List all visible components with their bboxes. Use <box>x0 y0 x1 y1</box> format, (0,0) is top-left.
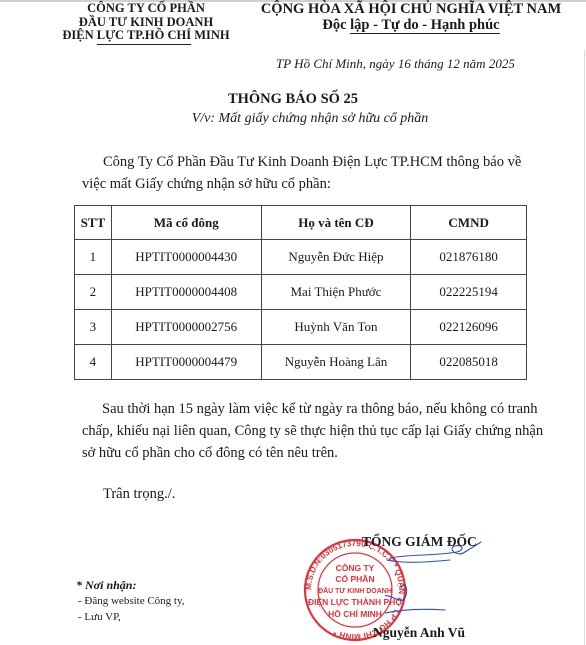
page-right-border <box>584 50 585 645</box>
cell-full-name: Nguyễn Hoàng Lân <box>261 345 411 380</box>
motto-underlined: lập - Tự do - Hạnh phúc <box>350 17 499 34</box>
svg-text:ĐẦU TƯ KINH DOANH: ĐẦU TƯ KINH DOANH <box>318 585 392 595</box>
table-row: 4HPTIT0000004479Nguyễn Hoàng Lân02208501… <box>75 345 527 380</box>
cell-stt: 4 <box>75 345 112 380</box>
recipients-block: * Nơi nhận: - Đăng website Công ty, - Lư… <box>74 577 185 625</box>
cell-shareholder-code: HPTIT0000002756 <box>111 310 261 345</box>
company-line-2: ĐẦU TƯ KINH DOANH <box>62 16 230 30</box>
closing-text: Trân trọng./. <box>103 486 175 503</box>
col-header-full-name: Họ và tên CĐ <box>261 206 411 240</box>
document-subject: V/v: Mất giấy chứng nhận sở hữu cổ phần <box>0 111 586 127</box>
date-line: TP Hồ Chí Minh, ngày 16 tháng 12 năm 202… <box>276 56 515 72</box>
cell-shareholder-code: HPTIT0000004479 <box>111 345 261 380</box>
svg-text:CÔNG TY: CÔNG TY <box>336 562 375 573</box>
intro-paragraph: Công Ty Cổ Phần Đầu Tư Kinh Doanh Điện L… <box>82 151 542 195</box>
table-row: 2HPTIT0000004408Mai Thiện Phước022225194 <box>75 275 527 310</box>
company-line-3-underlined: LỰC TP.HỒ CHÍ <box>97 29 191 45</box>
recipient-item: - Đăng website Công ty, <box>78 593 185 609</box>
cell-stt: 2 <box>75 275 112 310</box>
cell-stt: 3 <box>75 310 112 345</box>
cell-id-number: 022126096 <box>411 310 527 345</box>
intro-text: Công Ty Cổ Phần Đầu Tư Kinh Doanh Điện L… <box>82 154 521 192</box>
cell-stt: 1 <box>75 240 112 275</box>
col-header-stt: STT <box>75 206 112 240</box>
cell-full-name: Mai Thiện Phước <box>261 275 411 310</box>
national-motto: Độc lập - Tự do - Hạnh phúc <box>236 17 586 33</box>
document-title: THÔNG BÁO SỐ 25 <box>0 91 586 108</box>
company-line-1: CÔNG TY CỔ PHẦN <box>62 2 230 16</box>
col-header-shareholder-code: Mã cổ đông <box>111 206 261 240</box>
company-line-3-suffix: MINH <box>191 28 230 42</box>
cell-full-name: Nguyễn Đức Hiệp <box>261 240 411 275</box>
nation-name: CỘNG HÒA XÃ HỘI CHỦ NGHĨA VIỆT NAM <box>236 1 586 17</box>
national-header: CỘNG HÒA XÃ HỘI CHỦ NGHĨA VIỆT NAM Độc l… <box>236 1 586 33</box>
lost-certificate-table: STT Mã cổ đông Họ và tên CĐ CMND 1HPTIT0… <box>74 205 527 380</box>
signer-name: Nguyễn Anh Vũ <box>373 625 465 641</box>
cell-full-name: Huỳnh Văn Ton <box>261 310 411 345</box>
cell-id-number: 022085018 <box>411 345 527 380</box>
body-text: Sau thời hạn 15 ngày làm việc kể từ ngày… <box>82 401 543 461</box>
svg-text:HỒ CHÍ MINH: HỒ CHÍ MINH <box>328 608 382 619</box>
signer-title: TỔNG GIÁM ĐỐC <box>362 534 477 550</box>
company-line-3-prefix: ĐIỆN <box>62 28 96 42</box>
col-header-id-number: CMND <box>411 206 527 240</box>
cell-id-number: 022225194 <box>411 275 527 310</box>
cell-shareholder-code: HPTIT0000004430 <box>111 240 261 275</box>
table-header-row: STT Mã cổ đông Họ và tên CĐ CMND <box>75 206 527 240</box>
body-paragraph: Sau thời hạn 15 ngày làm việc kể từ ngày… <box>82 398 552 464</box>
cell-shareholder-code: HPTIT0000004408 <box>111 275 261 310</box>
table-row: 3HPTIT0000002756Huỳnh Văn Ton022126096 <box>75 310 527 345</box>
table-row: 1HPTIT0000004430Nguyễn Đức Hiệp021876180 <box>75 240 527 275</box>
company-line-3: ĐIỆN LỰC TP.HỒ CHÍ MINH <box>62 29 230 45</box>
svg-text:CỔ PHẦN: CỔ PHẦN <box>335 573 374 584</box>
motto-prefix: Độc <box>322 17 350 33</box>
handwritten-signature-icon <box>385 540 505 630</box>
cell-id-number: 021876180 <box>411 240 527 275</box>
company-header: CÔNG TY CỔ PHẦN ĐẦU TƯ KINH DOANH ĐIỆN L… <box>62 2 230 45</box>
recipient-item: - Lưu VP, <box>78 609 185 625</box>
recipients-heading: * Nơi nhận: <box>76 577 185 593</box>
